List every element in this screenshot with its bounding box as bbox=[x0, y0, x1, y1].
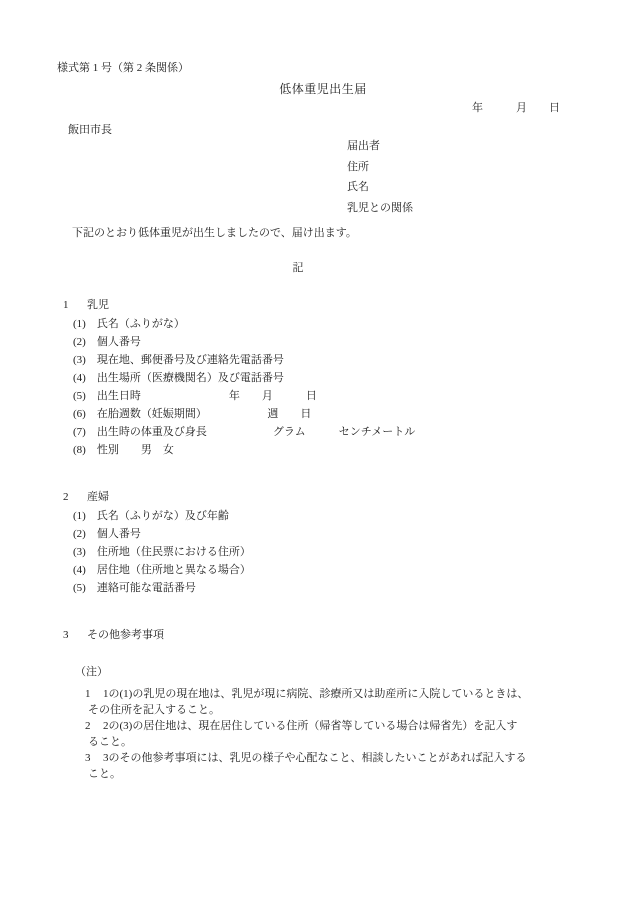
date-line: 年 月 日 bbox=[0, 101, 560, 115]
section-1-item-4: (4) 出生場所（医療機関名）及び電話番号 bbox=[73, 371, 284, 385]
notifier-relation-label: 乳児との関係 bbox=[347, 201, 413, 215]
note-2-line-2: ること。 bbox=[88, 735, 132, 749]
notifier-address-label: 住所 bbox=[347, 160, 369, 174]
note-3-text: 3のその他参考事項には、乳児の様子や心配なこと、相談したいことがあれば記入する bbox=[103, 752, 527, 764]
section-2-item-2: (2) 個人番号 bbox=[73, 527, 141, 541]
section-1-item-1: (1) 氏名（ふりがな） bbox=[73, 317, 185, 331]
note-1-line-2: その住所を記入すること。 bbox=[88, 703, 220, 717]
note-2-line-1: 22の(3)の居住地は、現在居住している住所（帰省等している場合は帰省先）を記入… bbox=[85, 719, 517, 733]
section-1-item-3: (3) 現在地、郵便番号及び連絡先電話番号 bbox=[73, 353, 284, 367]
addressee-label: 飯田市長 bbox=[68, 123, 112, 137]
section-1-item-5: (5) 出生日時 年 月 日 bbox=[73, 389, 317, 403]
note-1-number: 1 bbox=[85, 687, 103, 701]
note-1-line-1: 11の(1)の乳児の現在地は、乳児が現に病院、診療所又は助産所に入院しているとき… bbox=[85, 687, 528, 701]
section-2-item-4: (4) 居住地（住所地と異なる場合） bbox=[73, 563, 251, 577]
section-2-item-1: (1) 氏名（ふりがな）及び年齢 bbox=[73, 509, 229, 523]
section-1-item-7: (7) 出生時の体重及び身長 グラム センチメートル bbox=[73, 425, 415, 439]
record-marker: 記 bbox=[57, 261, 539, 275]
section-2-number: 2 bbox=[63, 490, 87, 504]
note-2-text: 2の(3)の居住地は、現在居住している住所（帰省等している場合は帰省先）を記入す bbox=[103, 720, 517, 732]
note-3-line-1: 33のその他参考事項には、乳児の様子や心配なこと、相談したいことがあれば記入する bbox=[85, 751, 527, 765]
section-1-heading: 1乳児 bbox=[63, 298, 109, 312]
section-1-item-8: (8) 性別 男 女 bbox=[73, 443, 174, 457]
section-1-number: 1 bbox=[63, 298, 87, 312]
section-1-item-6: (6) 在胎週数（妊娠期間） 週 日 bbox=[73, 407, 311, 421]
note-3-line-2: こと。 bbox=[88, 767, 121, 781]
notes-label: （注） bbox=[75, 665, 108, 679]
document-page: 様式第 1 号（第 2 条関係） 低体重児出生届 年 月 日 飯田市長 届出者 … bbox=[0, 0, 630, 903]
section-2-heading: 2産婦 bbox=[63, 490, 109, 504]
form-number-label: 様式第 1 号（第 2 条関係） bbox=[57, 61, 189, 75]
section-3-title: その他参考事項 bbox=[87, 629, 164, 641]
section-3-heading: 3その他参考事項 bbox=[63, 628, 164, 642]
note-1-text: 1の(1)の乳児の現在地は、乳児が現に病院、診療所又は助産所に入院しているときは… bbox=[103, 688, 528, 700]
section-3-number: 3 bbox=[63, 628, 87, 642]
note-3-number: 3 bbox=[85, 751, 103, 765]
section-2-item-3: (3) 住所地（住民票における住所） bbox=[73, 545, 251, 559]
section-2-title: 産婦 bbox=[87, 491, 109, 503]
note-2-number: 2 bbox=[85, 719, 103, 733]
notifier-label: 届出者 bbox=[347, 139, 380, 153]
section-1-item-2: (2) 個人番号 bbox=[73, 335, 141, 349]
document-title: 低体重児出生届 bbox=[57, 82, 589, 96]
notifier-name-label: 氏名 bbox=[347, 180, 369, 194]
intro-sentence: 下記のとおり低体重児が出生しましたので、届け出ます。 bbox=[72, 226, 357, 240]
section-2-item-5: (5) 連絡可能な電話番号 bbox=[73, 581, 196, 595]
section-1-title: 乳児 bbox=[87, 299, 109, 311]
